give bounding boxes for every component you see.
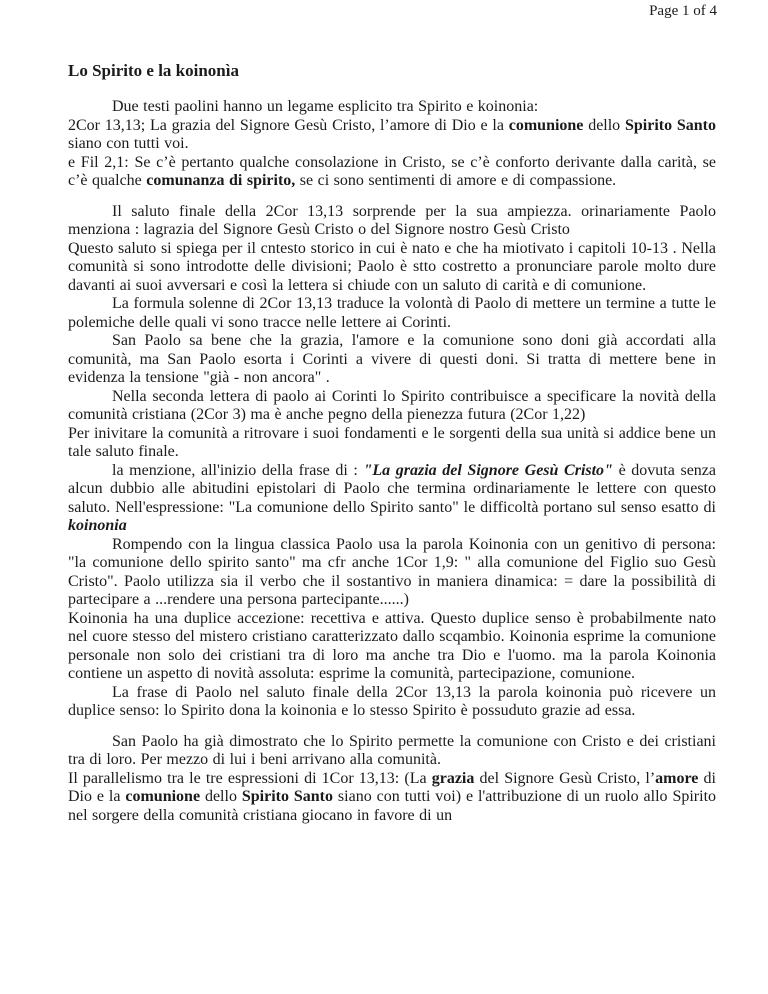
document-page: Page 1 of 4 Lo Spirito e la koinonìa Due…	[0, 0, 768, 994]
document-content: Lo Spirito e la koinonìa Due testi paoli…	[68, 61, 716, 825]
document-title: Lo Spirito e la koinonìa	[68, 61, 716, 81]
paragraph: Due testi paolini hanno un legame esplic…	[68, 98, 716, 117]
paragraph: San Paolo ha già dimostrato che lo Spiri…	[68, 733, 716, 770]
paragraph: Rompendo con la lingua classica Paolo us…	[68, 536, 716, 610]
paragraph: La formula solenne di 2Cor 13,13 traduce…	[68, 295, 716, 332]
paragraph: Il parallelismo tra le tre espressioni d…	[68, 770, 716, 826]
paragraph: San Paolo sa bene che la grazia, l'amore…	[68, 332, 716, 388]
page-number-indicator: Page 1 of 4	[649, 3, 717, 20]
paragraph: Nella seconda lettera di paolo ai Corint…	[68, 388, 716, 425]
paragraph: la menzione, all'inizio della frase di :…	[68, 462, 716, 536]
paragraph: e Fil 2,1: Se c’è pertanto qualche conso…	[68, 154, 716, 191]
paragraph: 2Cor 13,13; La grazia del Signore Gesù C…	[68, 117, 716, 154]
paragraph: Il saluto finale della 2Cor 13,13 sorpre…	[68, 203, 716, 240]
document-body: Due testi paolini hanno un legame esplic…	[68, 98, 716, 825]
paragraph: Per inivitare la comunità a ritrovare i …	[68, 425, 716, 462]
paragraph: La frase di Paolo nel saluto finale dell…	[68, 684, 716, 721]
paragraph: Koinonia ha una duplice accezione: recet…	[68, 610, 716, 684]
paragraph: Questo saluto si spiega per il cntesto s…	[68, 240, 716, 296]
